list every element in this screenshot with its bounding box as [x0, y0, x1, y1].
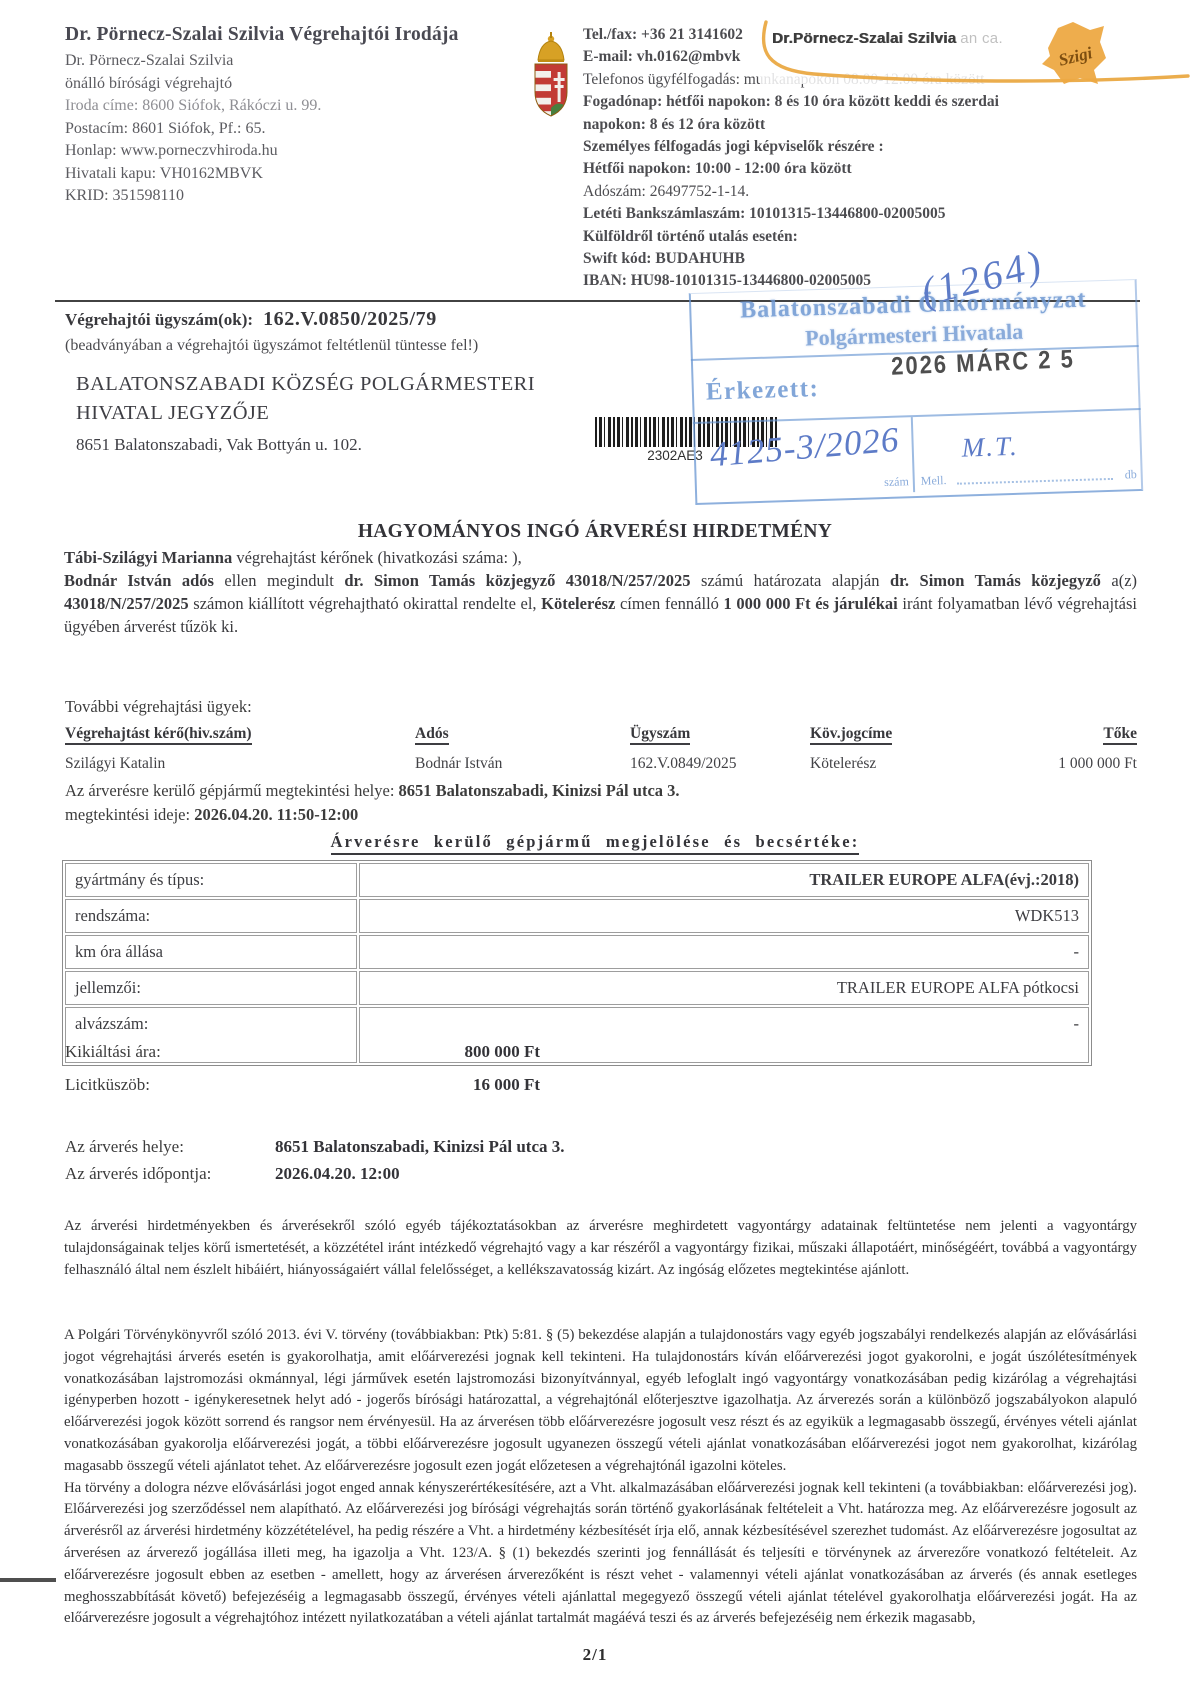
vehicle-features-label: jellemzői: [65, 971, 357, 1005]
office-website: Honlap: www.porneczvhiroda.hu [65, 140, 535, 163]
hungary-coat-of-arms-icon [527, 28, 575, 124]
handwritten-initials: M.T. [961, 431, 1019, 464]
contact-tax-number: Adószám: 26497752-1-14. [583, 181, 1148, 203]
case-number-note: (beadványában a végrehajtói ügyszámot fe… [65, 337, 478, 355]
auction-place-line: Az árverés helye:8651 Balatonszabadi, Ki… [65, 1137, 565, 1157]
cell-principal: 1 000 000 Ft [1040, 755, 1137, 773]
contact-monday-hours: Hétfői napokon: 10:00 - 12:00 óra között [583, 158, 1148, 180]
vehicle-plate-value: WDK513 [359, 899, 1089, 933]
stamp-mell-label: Mell. [921, 473, 947, 489]
inspection-time-line: megtekintési ideje: 2026.04.20. 11:50-12… [65, 805, 358, 825]
intro-line1: Tábi-Szilágyi Marianna végrehajtást kérő… [64, 546, 1137, 569]
table-row: jellemzői: TRAILER EUROPE ALFA pótkocsi [65, 971, 1089, 1005]
legal-paragraph-1: Az árverési hirdetményekben és árverések… [64, 1216, 1137, 1281]
case-number-label: Végrehajtói ügyszám(ok): [65, 310, 253, 329]
table-row: rendszáma: WDK513 [65, 899, 1089, 933]
starting-price-line: Kikiáltási ára:800 000 Ft [65, 1042, 540, 1062]
claimant-name: Tábi-Szilágyi Marianna [64, 548, 232, 567]
vehicle-odometer-value: - [359, 935, 1089, 969]
auction-place: 8651 Balatonszabadi, Kinizsi Pál utca 3. [275, 1137, 565, 1156]
vehicle-features-value: TRAILER EUROPE ALFA pótkocsi [359, 971, 1089, 1005]
document-page: Dr. Pörnecz-Szalai Szilvia Végrehajtói I… [0, 0, 1190, 1683]
col-debtor: Adós [415, 725, 449, 745]
stamp-received-label: Érkezett: [705, 375, 819, 407]
signature-faded-text: an ca. [960, 30, 1003, 47]
vehicle-plate-label: rendszáma: [65, 899, 357, 933]
legal-paragraph-2: A Polgári Törvénykönyvről szóló 2013. év… [64, 1325, 1137, 1478]
intro-body: Bodnár István adós ellen megindult dr. S… [64, 569, 1137, 638]
contact-foreign-transfer: Külföldről történő utalás esetén: [583, 226, 1148, 248]
bailiff-office-header: Dr. Pörnecz-Szalai Szilvia Végrehajtói I… [65, 24, 535, 208]
inspection-place-line: Az árverésre kerülő gépjármű megtekintés… [65, 781, 680, 801]
vehicle-make-label: gyártmány és típus: [65, 863, 357, 897]
col-case-number: Ügyszám [630, 725, 690, 745]
contact-legal-reps: Személyes félfogadás jogi képviselők rés… [583, 136, 1148, 158]
stamp-db-label: db [1124, 467, 1136, 482]
inspection-time: 2026.04.20. 11:50-12:00 [194, 805, 358, 824]
cell-case-number: 162.V.0849/2025 [630, 755, 810, 773]
table-row: km óra állása - [65, 935, 1089, 969]
office-role: önálló bírósági végrehajtó [65, 73, 535, 96]
contact-swift: Swift kód: BUDAHUHB [583, 248, 1148, 270]
scan-artifact [0, 1578, 56, 1582]
stamp-szam-label: szám [855, 474, 909, 491]
auction-time-line: Az árverés időpontja:2026.04.20. 12:00 [65, 1164, 400, 1184]
further-cases-heading: További végrehajtási ügyek: [65, 697, 252, 717]
case-number-line: Végrehajtói ügyszám(ok):162.V.0850/2025/… [65, 308, 437, 331]
arrival-stamp: Balatonszabadi Önkormányzat Polgármester… [689, 279, 1143, 505]
contact-reception-2: napokon: 8 és 12 óra között [583, 114, 1148, 136]
office-postal: Postacím: 8601 Siófok, Pf.: 65. [65, 118, 535, 141]
vehicle-table: gyártmány és típus: TRAILER EUROPE ALFA(… [62, 860, 1092, 1066]
bid-step: 16 000 Ft [275, 1075, 540, 1095]
intro-paragraph: Tábi-Szilágyi Marianna végrehajtást kérő… [64, 546, 1137, 638]
cell-claimant: Szilágyi Katalin [65, 755, 415, 773]
document-title: HAGYOMÁNYOS INGÓ ÁRVERÉSI HIRDETMÉNY [0, 521, 1190, 543]
bid-step-line: Licitküszöb:16 000 Ft [65, 1075, 540, 1095]
signature-name: Dr.Pörnecz-Szalai Szilviaan ca. [772, 30, 1003, 47]
vehicle-section-heading: Árverésre kerülő gépjármű megjelölése és… [0, 832, 1190, 852]
debtor-name: Bodnár István adós [64, 571, 214, 590]
office-krid: KRID: 351598110 [65, 185, 535, 208]
col-claimant: Végrehajtást kérő(hiv.szám) [65, 725, 252, 745]
legal-paragraph-3: Ha törvény a dologra nézve elővásárlási … [64, 1478, 1137, 1631]
recipient-line3: 8651 Balatonszabadi, Vak Bottyán u. 102. [76, 435, 535, 455]
table-row: gyártmány és típus: TRAILER EUROPE ALFA(… [65, 863, 1089, 897]
cell-claim-title: Kötelerész [810, 755, 1040, 773]
legal-paragraphs: A Polgári Törvénykönyvről szóló 2013. év… [64, 1325, 1137, 1630]
case-number-value: 162.V.0850/2025/79 [263, 308, 437, 330]
office-person: Dr. Pörnecz-Szalai Szilvia [65, 50, 535, 73]
office-address: Iroda címe: 8600 Siófok, Rákóczi u. 99. [65, 95, 535, 118]
office-name: Dr. Pörnecz-Szalai Szilvia Végrehajtói I… [65, 24, 535, 46]
col-claim-title: Köv.jogcíme [810, 725, 892, 745]
recipient-address: BALATONSZABADI KÖZSÉG POLGÁRMESTERI HIVA… [76, 370, 535, 455]
recipient-line2: HIVATAL JEGYZŐJE [76, 399, 535, 428]
contact-reception-1: Fogadónap: hétfői napokon: 8 és 10 óra k… [583, 91, 1148, 113]
col-principal: Tőke [1103, 725, 1137, 745]
starting-price: 800 000 Ft [275, 1042, 540, 1062]
vehicle-make-value: TRAILER EUROPE ALFA(évj.:2018) [359, 863, 1089, 897]
page-number: 2/1 [505, 1645, 685, 1665]
contact-deposit-account: Letéti Bankszámlaszám: 10101315-13446800… [583, 203, 1148, 225]
inspection-place: 8651 Balatonszabadi, Kinizsi Pál utca 3. [399, 781, 680, 800]
table-row: Szilágyi Katalin Bodnár István 162.V.084… [65, 755, 1137, 773]
signature-stamp-icon: Szigi [1040, 20, 1110, 90]
office-gov-gate: Hivatali kapu: VH0162MBVK [65, 163, 535, 186]
recipient-line1: BALATONSZABADI KÖZSÉG POLGÁRMESTERI [76, 370, 535, 399]
auction-time: 2026.04.20. 12:00 [275, 1164, 400, 1183]
table-header-row: Végrehajtást kérő(hiv.szám) Adós Ügyszám… [65, 725, 1137, 743]
further-cases-table: Végrehajtást kérő(hiv.szám) Adós Ügyszám… [65, 725, 1137, 773]
vehicle-odometer-label: km óra állása [65, 935, 357, 969]
cell-debtor: Bodnár István [415, 755, 630, 773]
